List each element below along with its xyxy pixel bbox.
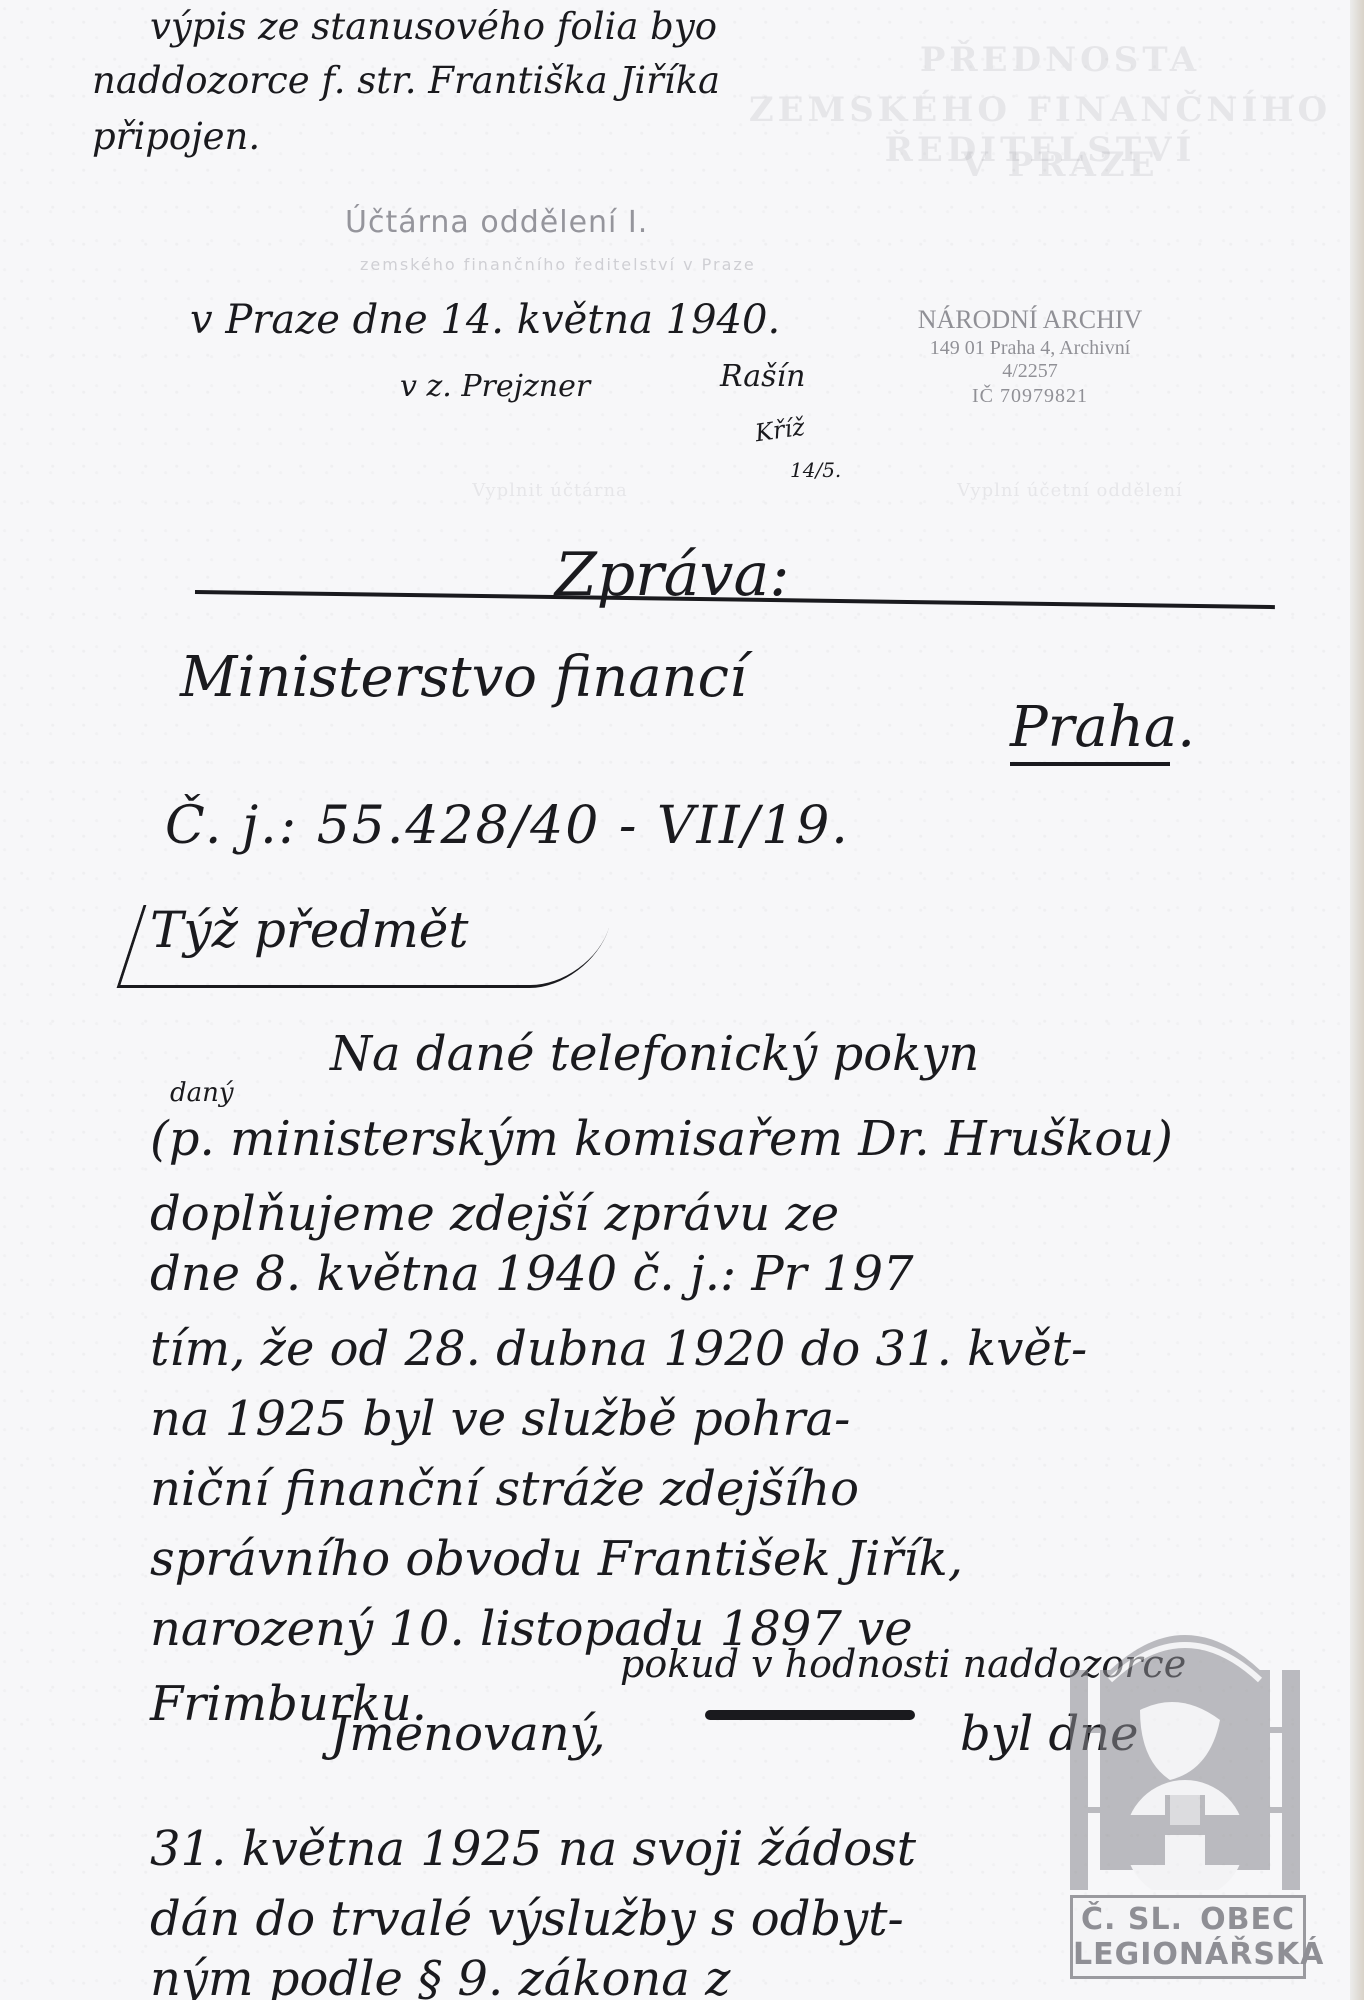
body-line: 31. května 1925 na svoji žádost [150,1825,916,1873]
archive-id: IČ 70979821 [900,385,1160,408]
letterhead-ghost-line: PŘEDNOSTA [860,40,1260,80]
body-line: dán do trvalé výslužby s odbyt- [150,1895,904,1943]
bleedthrough-text: Vyplní účetní oddělení [860,480,1280,501]
strikethrough-mark [705,1710,915,1720]
signature-right-2: Kříž [754,415,807,446]
subject-label: Týž předmět [150,905,468,955]
body-insertion: daný [170,1080,234,1106]
watermark-caption: Č. SL. OBEC LEGIONÁŘSKÁ [1070,1895,1306,1979]
watermark-line2: LEGIONÁŘSKÁ [1073,1937,1303,1972]
margin-note-line: připojen. [92,118,260,155]
document-page: PŘEDNOSTA ZEMSKÉHO FINANČNÍHO ŘEDITELSTV… [0,0,1364,2000]
signature-date: 14/5. [790,460,841,480]
body-line: tím, že od 28. dubna 1920 do 31. květ- [150,1325,1087,1373]
body-line: ným podle § 9. zákona z [150,1955,730,2000]
addressee-city: Praha. [1010,700,1195,756]
addressee: Ministerstvo financí [180,650,747,706]
soldier-helmet-icon [1070,1610,1300,1890]
city-underline [1010,762,1170,766]
signature-right-1: Rašín [720,362,805,392]
archive-name: NÁRODNÍ ARCHIV [900,305,1160,335]
signature-vz: v z. Prejzner [400,372,590,402]
watermark-line1-left: Č. SL. [1081,1902,1183,1937]
body-line: doplňujeme zdejší zprávu ze [150,1190,839,1238]
body-line: (p. ministerským komisařem Dr. Hruškou) [150,1115,1173,1163]
archive-stamp: NÁRODNÍ ARCHIV 149 01 Praha 4, Archivní … [900,305,1160,408]
letterhead-ghost-line: V PRAZE [860,145,1260,185]
margin-note-line: výpis ze stanusového folia byo [150,8,717,45]
body-line: Jmenovaný, [330,1710,606,1758]
legion-watermark-logo: Č. SL. OBEC LEGIONÁŘSKÁ [1070,1610,1300,1990]
archive-address: 149 01 Praha 4, Archivní 4/2257 [900,337,1160,383]
reference-number: Č. j.: 55.428/40 - VII/19. [165,800,850,852]
department-stamp: Účtárna oddělení I. [345,205,648,240]
margin-note-line: naddozorce f. str. Františka Jiříka [92,62,720,99]
place-date: v Praze dne 14. května 1940. [190,300,780,340]
body-line: správního obvodu František Jiřík, [150,1535,963,1583]
body-line: niční finanční stráže zdejšího [150,1465,859,1513]
body-line: na 1925 byl ve službě pohra- [150,1395,850,1443]
body-line: dne 8. května 1940 č. j.: Pr 197 [150,1250,914,1298]
paper-edge [1350,0,1364,2000]
body-line: Na dané telefonický pokyn [330,1030,979,1078]
watermark-line1-right: OBEC [1200,1902,1295,1937]
bleedthrough-text: Vyplnit účtárna [400,480,700,501]
department-stamp-subtitle: zemského finančního ředitelství v Praze [360,255,756,274]
